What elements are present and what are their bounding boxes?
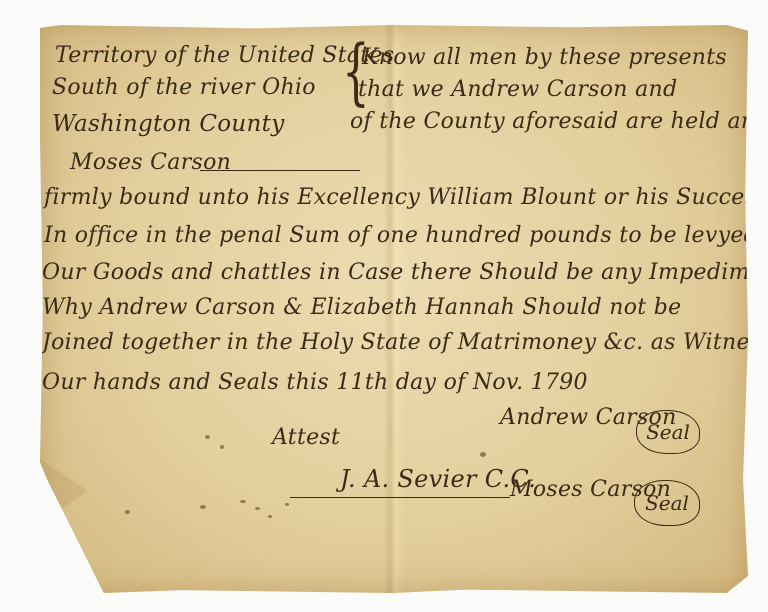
- body-line-5: Why Andrew Carson & Elizabeth Hannah Sho…: [42, 295, 681, 320]
- folded-corner: [40, 459, 88, 523]
- name-underline: [200, 170, 360, 171]
- ink-stain: [285, 503, 289, 506]
- ink-stain: [268, 515, 272, 518]
- ink-stain: [220, 445, 224, 449]
- heading-left-line-3: Washington County: [52, 111, 284, 137]
- ink-stain: [205, 435, 210, 439]
- witness-signature: J. A. Sevier C.C.: [340, 465, 536, 493]
- seal-andrew-carson: Seal: [636, 410, 700, 454]
- attest-label: Attest: [272, 425, 340, 450]
- body-line-2: firmly bound unto his Excellency William…: [44, 185, 768, 210]
- heading-left-line-2: South of the river Ohio: [52, 75, 316, 100]
- ink-stain: [480, 452, 486, 457]
- ink-stain: [255, 507, 260, 510]
- witness-flourish: [290, 497, 510, 498]
- ink-stain: [125, 510, 130, 514]
- body-line-1: Moses Carson: [70, 150, 231, 175]
- heading-right-line-3: of the County aforesaid are held and: [350, 109, 768, 134]
- heading-right-line-1: Know all men by these presents: [362, 45, 727, 70]
- body-line-3: In office in the penal Sum of one hundre…: [44, 223, 768, 248]
- body-line-6: Joined together in the Holy State of Mat…: [42, 330, 768, 355]
- body-line-4: Our Goods and chattles in Case there Sho…: [42, 260, 768, 285]
- ink-stain: [200, 505, 206, 509]
- body-line-7: Our hands and Seals this 11th day of Nov…: [42, 370, 588, 395]
- manuscript-paper: Territory of the United States South of …: [40, 25, 748, 593]
- heading-right-line-2: that we Andrew Carson and: [358, 77, 677, 102]
- seal-moses-carson: Seal: [634, 480, 700, 526]
- ink-stain: [240, 500, 246, 503]
